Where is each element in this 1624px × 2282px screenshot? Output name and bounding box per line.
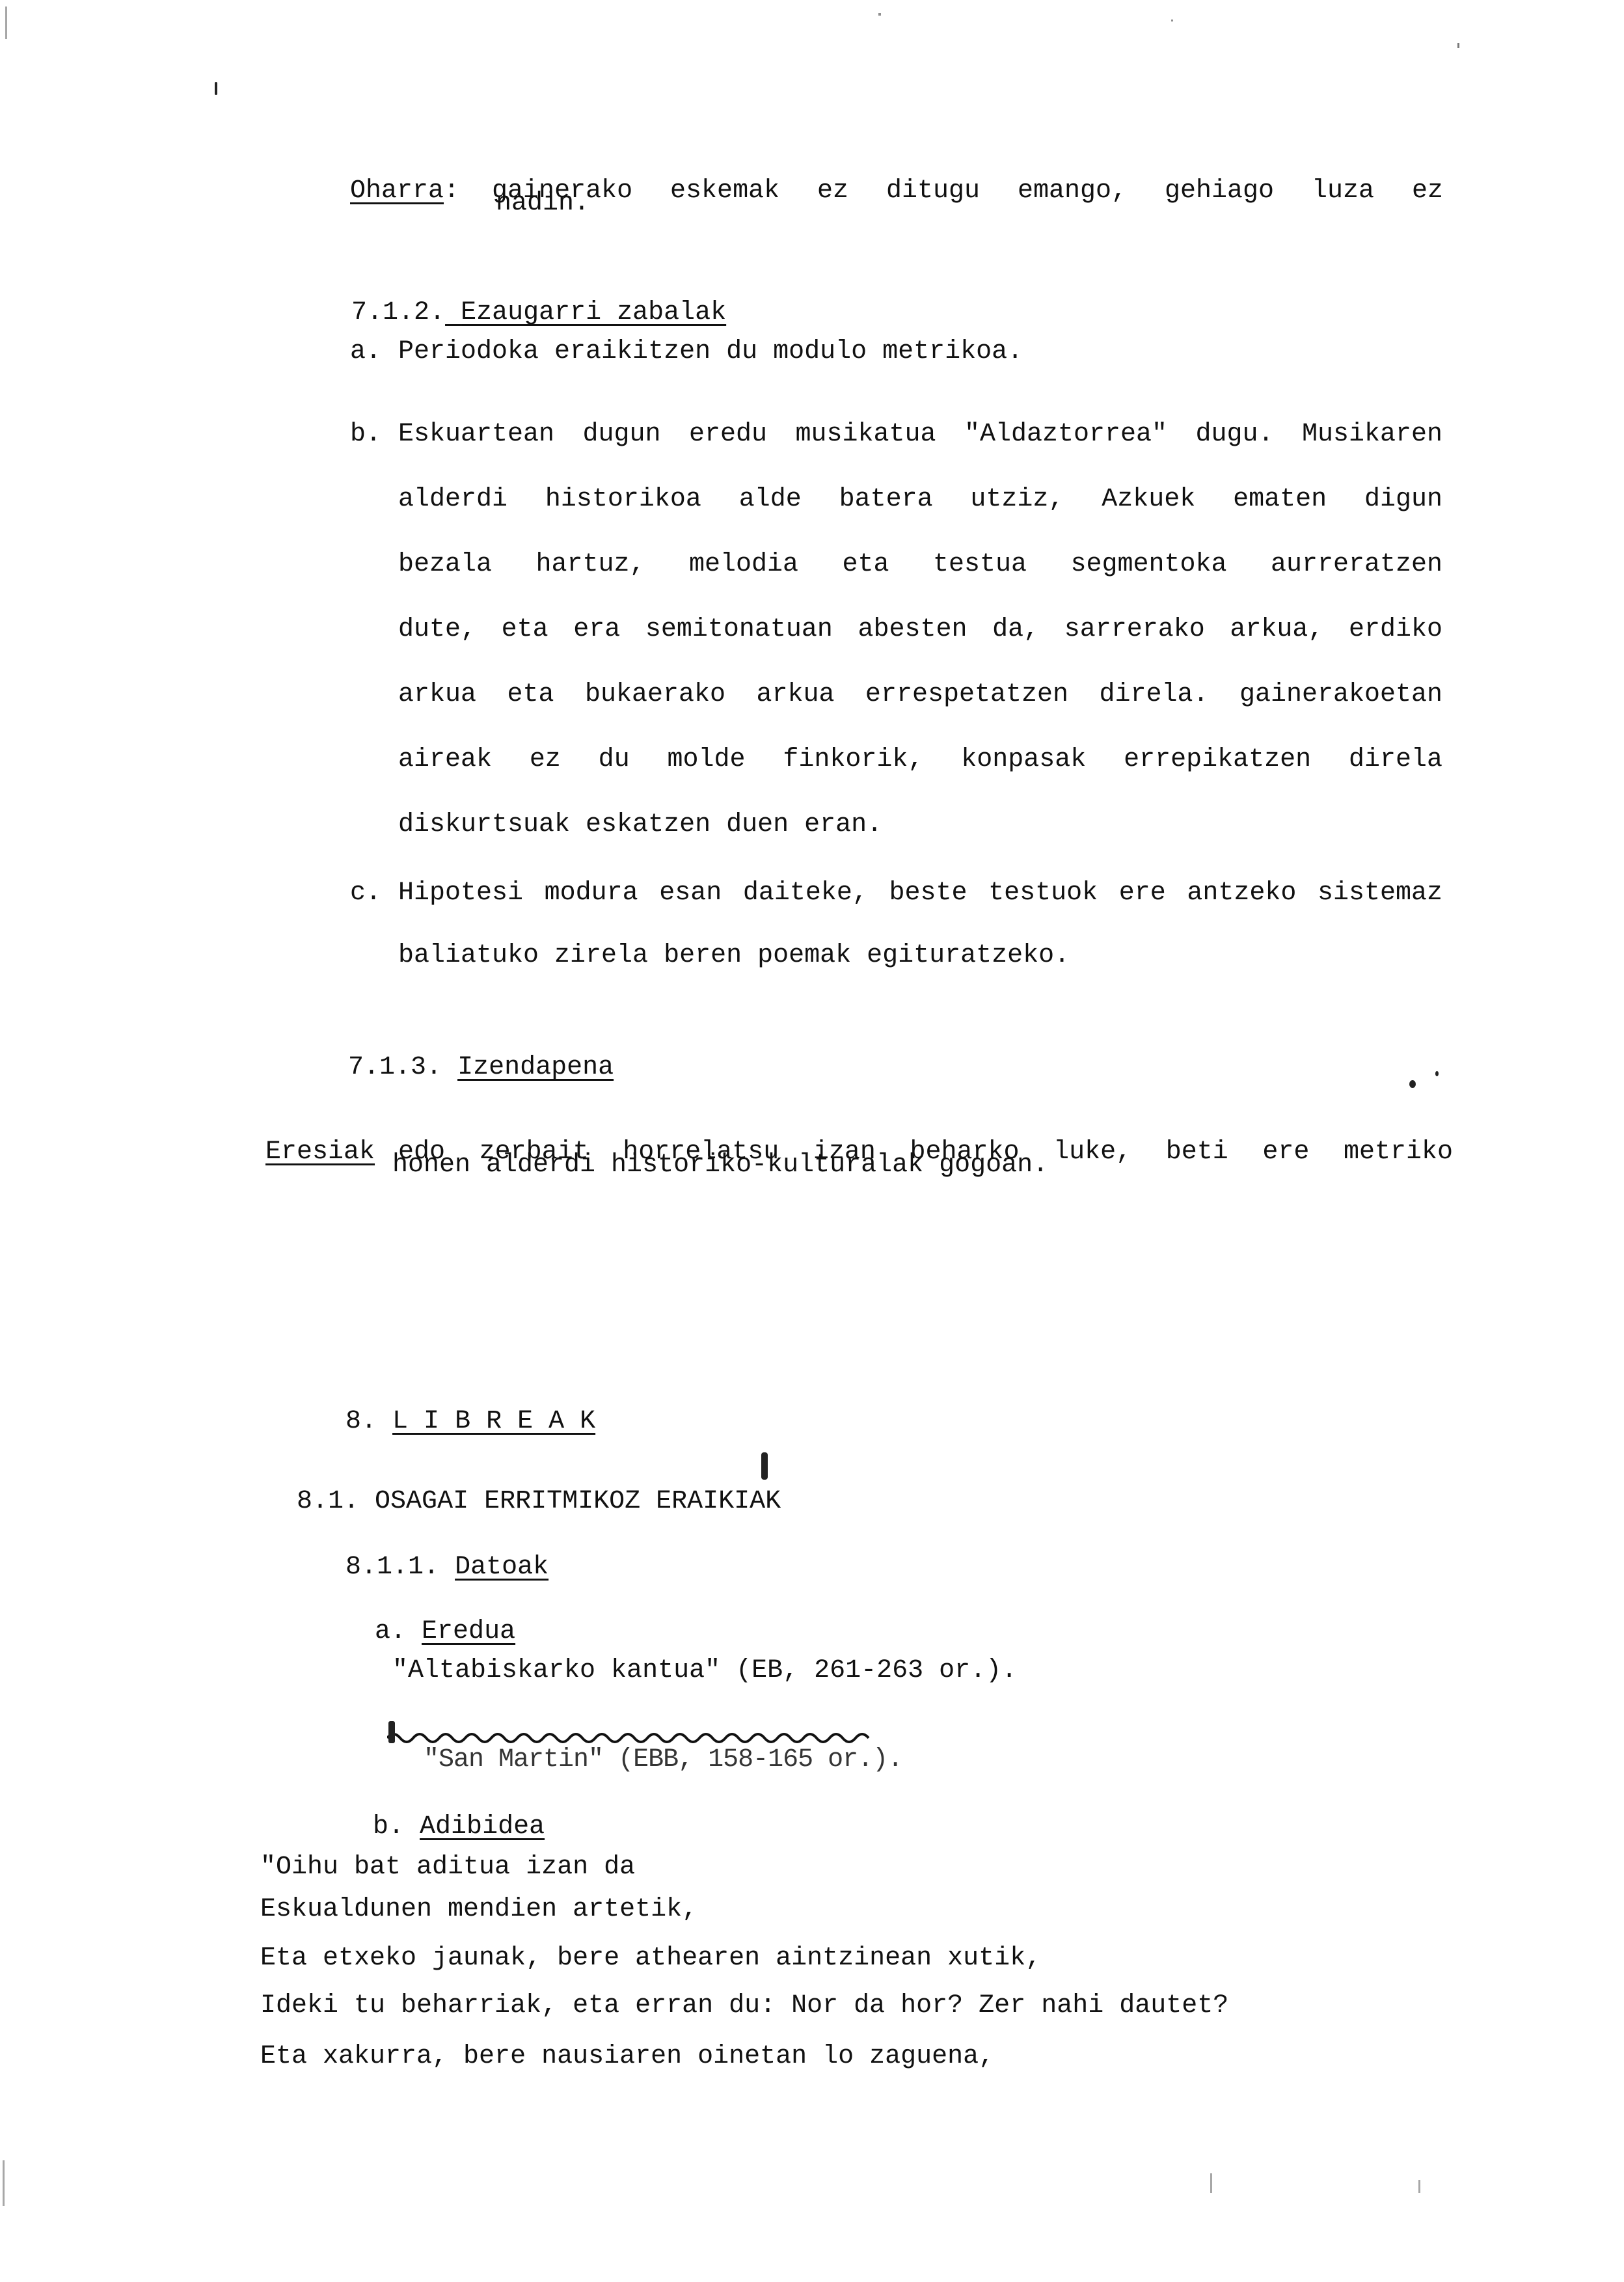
subitem-marker: a. [375,1617,406,1646]
heading-title: Izendapena [457,1053,614,1082]
poem-line-1: "Oihu bat aditua izan da [260,1854,635,1881]
heading-number: 7.1.3. [348,1053,442,1082]
note-text: gainerako eskemak ez ditugu emango, gehi… [492,178,1443,204]
item-c-line-2: baliatuko zirela beren poemak egituratze… [398,943,1070,969]
heading-title: L I B R E A K [392,1407,595,1436]
note-label: Oharra [350,176,444,206]
heading-title: Ezaugarri zabalak [461,298,726,327]
heading-title: OSAGAI ERRITMIKOZ ERAIKIAK [375,1487,781,1516]
heading-number: 8. [345,1407,377,1436]
poem-line-4: Ideki tu beharriak, eta erran du: Nor da… [260,1993,1228,2019]
subitem-b: b. Adibidea [342,1788,545,1840]
ink-blot [1409,1080,1416,1088]
item-b-line-4: dute, eta era semitonatuan abesten da, s… [398,617,1442,643]
subitem-marker: b. [373,1812,404,1841]
lead-word: Eresiak [265,1139,375,1165]
poem-line-5: Eta xakurra, bere nausiaren oinetan lo z… [260,2044,994,2070]
heading-7-1-3: 7.1.3. Izendapena [317,1029,614,1081]
heading-number: 7.1.2. [351,298,445,327]
item-b-line-2: alderdi historikoa alde batera utziz, Az… [398,487,1442,513]
item-b-marker: b. [350,422,381,448]
source-line: "Altabiskarko kantua" (EB, 261-263 or.). [392,1658,1017,1684]
heading-title: Datoak [455,1553,548,1582]
subitem-a: a. Eredua [344,1593,515,1645]
poem-line-3: Eta etxeko jaunak, bere athearen aintzin… [260,1946,1041,1972]
ink-blot [761,1452,768,1480]
stray-mark [1435,1071,1439,1076]
heading-8-1: 8.1. OSAGAI ERRITMIKOZ ERAIKIAK [265,1463,781,1515]
item-c-marker: c. [350,880,381,906]
heading-8: 8. L I B R E A K [314,1383,595,1435]
item-c-line-1: Hipotesi modura esan daiteke, beste test… [398,880,1442,906]
item-b-line-1: Eskuartean dugun eredu musikatua "Aldazt… [398,422,1442,448]
strikethrough-scribble [387,1730,908,1746]
item-b-line-5: arkua eta bukaerako arkua errespetatzen … [398,682,1442,708]
heading-7-1-2: 7.1.2. Ezaugarri zabalak [320,274,726,326]
heading-8-1-1: 8.1.1. Datoak [314,1528,548,1581]
subitem-title: Eredua [422,1617,515,1646]
scan-noise-top [0,0,1624,72]
item-a-marker: a. [350,339,381,365]
scan-noise-bottom [0,2147,1624,2219]
item-b-line-3: bezala hartuz, melodia eta testua segmen… [398,552,1442,578]
poem-line-2: Eskualdunen mendien artetik, [260,1897,697,1923]
item-b-line-6: aireak ez du molde finkorik, konpasak er… [398,747,1442,773]
item-a-line: Periodoka eraikitzen du modulo metrikoa. [398,339,1023,365]
subitem-title: Adibidea [420,1812,545,1841]
item-b-line-7: diskurtsuak eskatzen duen eran. [398,812,882,838]
heading-number: 8.1.1. [345,1553,439,1582]
heading-number: 8.1. [297,1487,359,1516]
eresiak-line-2: honen alderdi historiko-kulturalak gogoa… [392,1152,1048,1178]
struck-text: "San Martin" (EBB, 158-165 or.). [424,1745,902,1774]
note-line-2: nadin. [496,191,589,217]
stray-mark [215,82,217,95]
